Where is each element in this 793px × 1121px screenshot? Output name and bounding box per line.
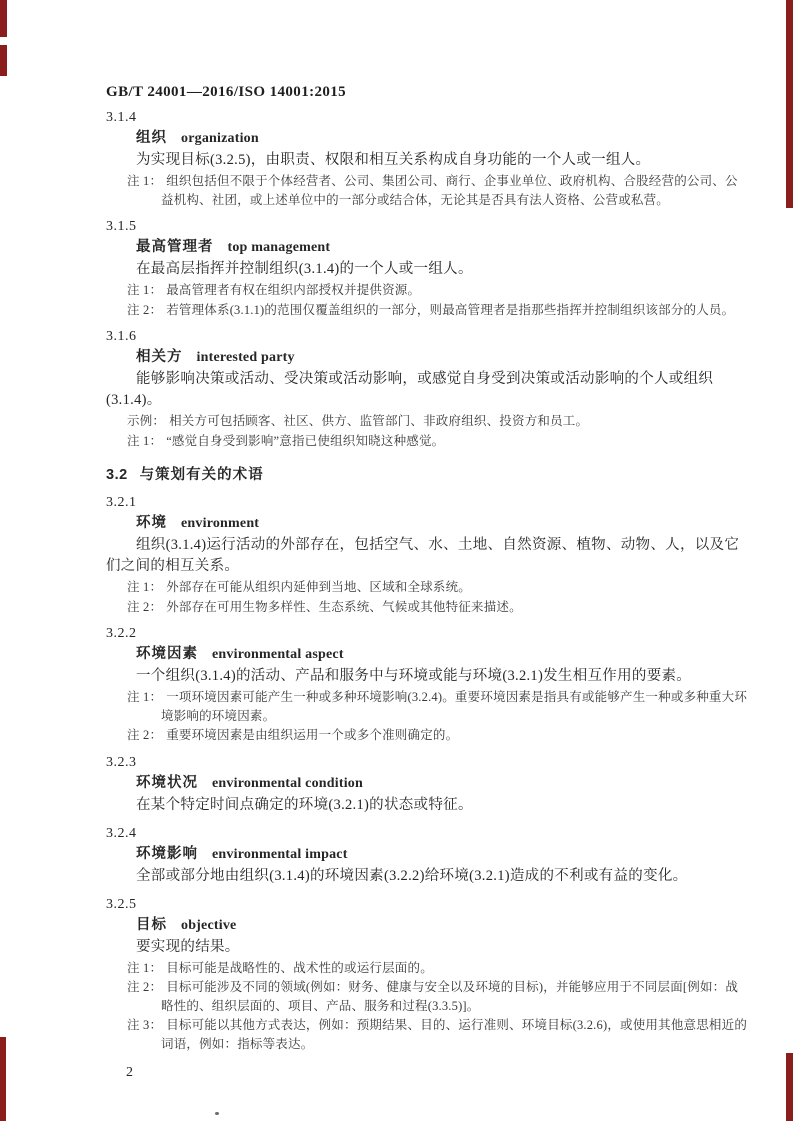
- page-number: 2: [126, 1065, 748, 1081]
- term-definition: 全部或部分地由组织(3.1.4)的环境因素(3.2.2)给环境(3.2.1)造成…: [106, 866, 748, 887]
- term-name-en: top management: [228, 240, 331, 255]
- term-name-cn: 组织: [136, 130, 167, 146]
- note-label: 注 2：: [127, 600, 162, 614]
- document-page: GB/T 24001—2016/ISO 14001:2015 3.1.4 组织o…: [106, 84, 748, 1081]
- clause-number: 3.1.4: [106, 110, 748, 126]
- term-name-cn: 环境状况: [136, 775, 198, 791]
- note-label: 注 2：: [127, 728, 162, 742]
- note: 注 2：外部存在可用生物多样性、生态系统、气候或其他特征来描述。: [127, 598, 748, 617]
- term-heading: 相关方interested party: [136, 347, 748, 367]
- note-text: “感觉自身受到影响”意指已使组织知晓这种感觉。: [166, 434, 444, 448]
- clause-number: 3.1.5: [106, 219, 748, 235]
- note: 注 1：最高管理者有权在组织内部授权并提供资源。: [127, 281, 748, 300]
- term-name-cn: 环境影响: [136, 846, 198, 862]
- note-label: 注 2：: [127, 303, 162, 317]
- note: 注 2：若管理体系(3.1.1)的范围仅覆盖组织的一部分，则最高管理者是指那些指…: [127, 301, 748, 320]
- note-label: 注 2：: [127, 980, 162, 994]
- term-heading: 组织organization: [136, 128, 748, 148]
- scan-artifact-right-bottom: [786, 1053, 793, 1121]
- term-heading: 环境状况environmental condition: [136, 773, 748, 793]
- note-label: 注 1：: [127, 283, 162, 297]
- clause-number: 3.2.1: [106, 495, 748, 511]
- term-definition: 为实现目标(3.2.5)，由职责、权限和相互关系构成自身功能的一个人或一组人。: [106, 150, 748, 171]
- note-text: 目标可能涉及不同的领域(例如：财务、健康与安全以及环境的目标)，并能够应用于不同…: [161, 980, 738, 1013]
- subsection-title: 与策划有关的术语: [140, 467, 264, 483]
- term-heading: 最高管理者top management: [136, 237, 748, 257]
- clause-number: 3.2.4: [106, 826, 748, 842]
- scan-artifact-left-top-2: [0, 45, 7, 76]
- scan-speck: [215, 1112, 219, 1115]
- term-definition: 组织(3.1.4)运行活动的外部存在，包括空气、水、土地、自然资源、植物、动物、…: [106, 535, 748, 577]
- term-definition: 要实现的结果。: [106, 937, 748, 958]
- note-text: 外部存在可能从组织内延伸到当地、区域和全球系统。: [166, 580, 471, 594]
- subsection-heading: 3.2与策划有关的术语: [106, 466, 748, 485]
- term-definition: 在某个特定时间点确定的环境(3.2.1)的状态或特征。: [106, 795, 748, 816]
- clause-number: 3.2.5: [106, 897, 748, 913]
- term-name-cn: 相关方: [136, 349, 183, 365]
- term-definition: 一个组织(3.1.4)的活动、产品和服务中与环境或能与环境(3.2.1)发生相互…: [106, 666, 748, 687]
- term-name-en: environmental aspect: [212, 647, 344, 662]
- note-label: 注 1：: [127, 690, 162, 704]
- note-label: 注 1：: [127, 961, 162, 975]
- term-heading: 环境影响environmental impact: [136, 844, 748, 864]
- scan-artifact-left-bottom: [0, 1037, 6, 1121]
- note-label: 注 1：: [127, 174, 162, 188]
- clause-number: 3.2.2: [106, 626, 748, 642]
- term-definition: 能够影响决策或活动、受决策或活动影响，或感觉自身受到决策或活动影响的个人或组织(…: [106, 369, 748, 411]
- note: 注 3：目标可能以其他方式表达，例如：预期结果、目的、运行准则、环境目标(3.2…: [127, 1016, 748, 1053]
- note-label: 注 1：: [127, 434, 162, 448]
- note-text: 最高管理者有权在组织内部授权并提供资源。: [166, 283, 420, 297]
- term-name-en: environmental impact: [212, 847, 348, 862]
- note: 注 1：目标可能是战略性的、战术性的或运行层面的。: [127, 959, 748, 978]
- clause-number: 3.2.3: [106, 755, 748, 771]
- example: 示例：相关方可包括顾客、社区、供方、监管部门、非政府组织、投资方和员工。: [127, 412, 748, 431]
- note-text: 目标可能以其他方式表达，例如：预期结果、目的、运行准则、环境目标(3.2.6)，…: [161, 1018, 747, 1051]
- note-text: 重要环境因素是由组织运用一个或多个准则确定的。: [166, 728, 458, 742]
- note-text: 若管理体系(3.1.1)的范围仅覆盖组织的一部分，则最高管理者是指那些指挥并控制…: [166, 303, 734, 317]
- term-heading: 目标objective: [136, 915, 748, 935]
- note-text: 一项环境因素可能产生一种或多种环境影响(3.2.4)。重要环境因素是指具有或能够…: [161, 690, 747, 723]
- note: 注 2：重要环境因素是由组织运用一个或多个准则确定的。: [127, 726, 748, 745]
- note: 注 1：组织包括但不限于个体经营者、公司、集团公司、商行、企事业单位、政府机构、…: [127, 172, 748, 209]
- term-name-en: environmental condition: [212, 776, 363, 791]
- term-heading: 环境environment: [136, 513, 748, 533]
- example-label: 示例：: [127, 414, 165, 428]
- note-text: 组织包括但不限于个体经营者、公司、集团公司、商行、企事业单位、政府机构、合股经营…: [161, 174, 738, 207]
- term-name-en: interested party: [197, 350, 295, 365]
- example-text: 相关方可包括顾客、社区、供方、监管部门、非政府组织、投资方和员工。: [169, 414, 588, 428]
- note-text: 目标可能是战略性的、战术性的或运行层面的。: [166, 961, 433, 975]
- note-text: 外部存在可用生物多样性、生态系统、气候或其他特征来描述。: [166, 600, 522, 614]
- subsection-number: 3.2: [106, 467, 128, 483]
- note: 注 1：一项环境因素可能产生一种或多种环境影响(3.2.4)。重要环境因素是指具…: [127, 688, 748, 725]
- term-name-cn: 环境: [136, 515, 167, 531]
- term-name-cn: 环境因素: [136, 646, 198, 662]
- term-name-en: objective: [181, 918, 236, 933]
- note: 注 2：目标可能涉及不同的领域(例如：财务、健康与安全以及环境的目标)，并能够应…: [127, 978, 748, 1015]
- scan-artifact-right-top: [786, 0, 793, 208]
- term-name-cn: 最高管理者: [136, 239, 214, 255]
- term-name-cn: 目标: [136, 917, 167, 933]
- term-definition: 在最高层指挥并控制组织(3.1.4)的一个人或一组人。: [106, 259, 748, 280]
- note: 注 1：外部存在可能从组织内延伸到当地、区域和全球系统。: [127, 578, 748, 597]
- note-label: 注 1：: [127, 580, 162, 594]
- term-name-en: environment: [181, 516, 259, 531]
- term-name-en: organization: [181, 131, 259, 146]
- note: 注 1：“感觉自身受到影响”意指已使组织知晓这种感觉。: [127, 432, 748, 451]
- note-label: 注 3：: [127, 1018, 162, 1032]
- scan-artifact-left-top-1: [0, 0, 7, 37]
- term-heading: 环境因素environmental aspect: [136, 644, 748, 664]
- document-header: GB/T 24001—2016/ISO 14001:2015: [106, 84, 748, 100]
- clause-number: 3.1.6: [106, 329, 748, 345]
